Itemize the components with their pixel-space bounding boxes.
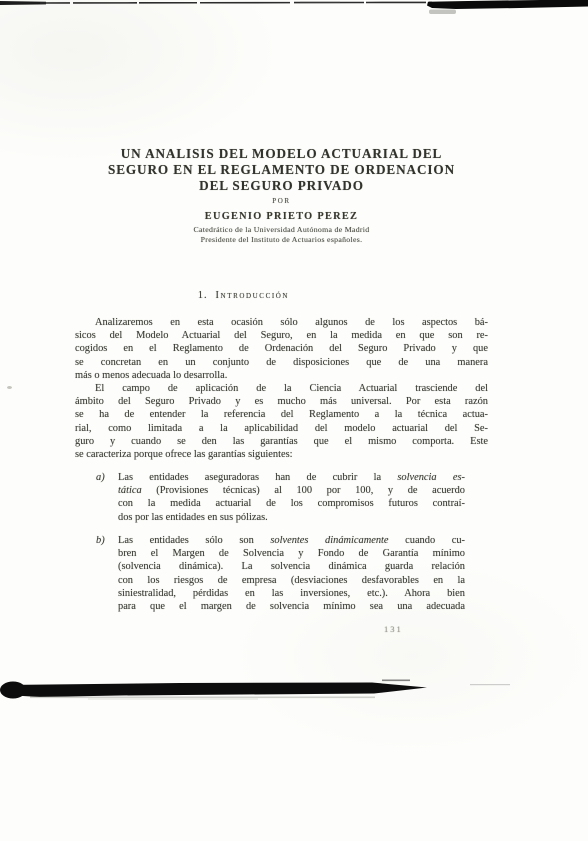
text-segment: guro y cuando se den las garantías que e… bbox=[75, 436, 488, 447]
text-line: con los riesgos de empresa (desviaciones… bbox=[118, 574, 465, 587]
section-title: Introducción bbox=[216, 290, 290, 301]
article-title: UN ANALISIS DEL MODELO ACTUARIAL DEL SEG… bbox=[75, 146, 488, 193]
list-item-marker: a) bbox=[96, 471, 105, 484]
top-edge-ink-smear bbox=[0, 0, 588, 20]
text-segment: con los riesgos de empresa (desviaciones… bbox=[118, 575, 465, 586]
author-affiliations: Catedrático de la Universidad Autónoma d… bbox=[75, 225, 488, 245]
text-line: rial, como limitada a la aplicabilidad d… bbox=[75, 422, 488, 435]
byline-por-label: POR bbox=[75, 197, 488, 205]
text-line: dos por las entidades en sus pólizas. bbox=[118, 511, 465, 524]
text-line: (solvencia dinámica). La solvencia dinám… bbox=[118, 560, 465, 573]
text-segment: bren el Margen de Solvencia y Fondo de G… bbox=[118, 548, 465, 559]
text-segment: Las entidades aseguradoras han de cubrir… bbox=[118, 472, 397, 483]
italic-phrase: solventes dinámicamente bbox=[270, 535, 388, 546]
text-line: Las entidades sólo son solventes dinámic… bbox=[118, 534, 465, 547]
scanned-document-page: UN ANALISIS DEL MODELO ACTUARIAL DEL SEG… bbox=[0, 0, 588, 841]
text-segment: dos por las entidades en sus pólizas. bbox=[118, 512, 268, 523]
italic-phrase: solvencia es- bbox=[397, 472, 465, 483]
text-segment: Analizaremos en esta ocasión sólo alguno… bbox=[95, 317, 488, 328]
text-line: cogidos en el Reglamento de Ordenación d… bbox=[75, 342, 488, 355]
text-segment: cogidos en el Reglamento de Ordenación d… bbox=[75, 343, 488, 354]
author-affiliation-1: Catedrático de la Universidad Autónoma d… bbox=[75, 225, 488, 235]
text-segment: más o menos adecuada lo desarrolla. bbox=[75, 370, 227, 381]
italic-phrase: tática bbox=[118, 485, 142, 496]
text-line: se ha de entender la referencia del Regl… bbox=[75, 408, 488, 421]
body-text: Analizaremos en esta ocasión sólo alguno… bbox=[75, 316, 488, 461]
text-line: se caracteriza porque ofrece las garantí… bbox=[75, 448, 488, 461]
list-item-b: b)Las entidades sólo son solventes dinám… bbox=[118, 534, 465, 613]
paragraph: El campo de aplicación de la Ciencia Act… bbox=[75, 382, 488, 461]
text-segment: Las entidades sólo son bbox=[118, 535, 270, 546]
paragraph: Analizaremos en esta ocasión sólo alguno… bbox=[75, 316, 488, 382]
text-segment: sicos del Modelo Actuarial del Seguro, e… bbox=[75, 330, 488, 341]
article-title-line-3: DEL SEGURO PRIVADO bbox=[75, 178, 488, 194]
text-line: Analizaremos en esta ocasión sólo alguno… bbox=[75, 316, 488, 329]
section-heading: 1.Introducción bbox=[37, 290, 450, 301]
text-segment: (Provisiones técnicas) al 100 por 100, y… bbox=[142, 485, 465, 496]
text-segment: rial, como limitada a la aplicabilidad d… bbox=[75, 423, 488, 434]
text-line: con la medida actuarial de los compromis… bbox=[118, 497, 465, 510]
text-line: para que el margen de solvencia mínimo s… bbox=[118, 600, 465, 613]
text-line: tática (Provisiones técnicas) al 100 por… bbox=[118, 484, 465, 497]
text-segment: se ha de entender la referencia del Regl… bbox=[75, 409, 488, 420]
author-name: EUGENIO PRIETO PEREZ bbox=[75, 211, 488, 222]
bottom-edge-ink-smear bbox=[0, 676, 588, 706]
text-segment: siniestralidad, pérdidas en las inversio… bbox=[118, 588, 465, 599]
section-number: 1. bbox=[198, 290, 208, 301]
text-line: Las entidades aseguradoras han de cubrir… bbox=[118, 471, 465, 484]
text-line: El campo de aplicación de la Ciencia Act… bbox=[75, 382, 488, 395]
text-segment: ámbito del Seguro Privado y es mucho más… bbox=[75, 396, 488, 407]
text-segment: se concretan en un conjunto de disposici… bbox=[75, 357, 488, 368]
text-segment: se caracteriza porque ofrece las garantí… bbox=[75, 449, 293, 460]
text-segment: con la medida actuarial de los compromis… bbox=[118, 498, 465, 509]
margin-speck-artifact bbox=[7, 386, 12, 389]
author-affiliation-2: Presidente del Instituto de Actuarios es… bbox=[75, 235, 488, 245]
list-item-marker: b) bbox=[96, 534, 105, 547]
page-number: 131 bbox=[384, 624, 403, 634]
text-line: más o menos adecuada lo desarrolla. bbox=[75, 369, 488, 382]
text-line: siniestralidad, pérdidas en las inversio… bbox=[118, 587, 465, 600]
text-segment: (solvencia dinámica). La solvencia dinám… bbox=[118, 561, 465, 572]
text-segment: cuando cu- bbox=[389, 535, 465, 546]
article-title-line-1: UN ANALISIS DEL MODELO ACTUARIAL DEL bbox=[75, 146, 488, 162]
text-line: se concretan en un conjunto de disposici… bbox=[75, 356, 488, 369]
text-segment: para que el margen de solvencia mínimo s… bbox=[118, 601, 465, 612]
text-segment: El campo de aplicación de la Ciencia Act… bbox=[95, 383, 488, 394]
list-item-a: a)Las entidades aseguradoras han de cubr… bbox=[118, 471, 465, 524]
text-line: bren el Margen de Solvencia y Fondo de G… bbox=[118, 547, 465, 560]
text-line: sicos del Modelo Actuarial del Seguro, e… bbox=[75, 329, 488, 342]
article-title-line-2: SEGURO EN EL REGLAMENTO DE ORDENACION bbox=[75, 162, 488, 178]
text-line: ámbito del Seguro Privado y es mucho más… bbox=[75, 395, 488, 408]
text-line: guro y cuando se den las garantías que e… bbox=[75, 435, 488, 448]
